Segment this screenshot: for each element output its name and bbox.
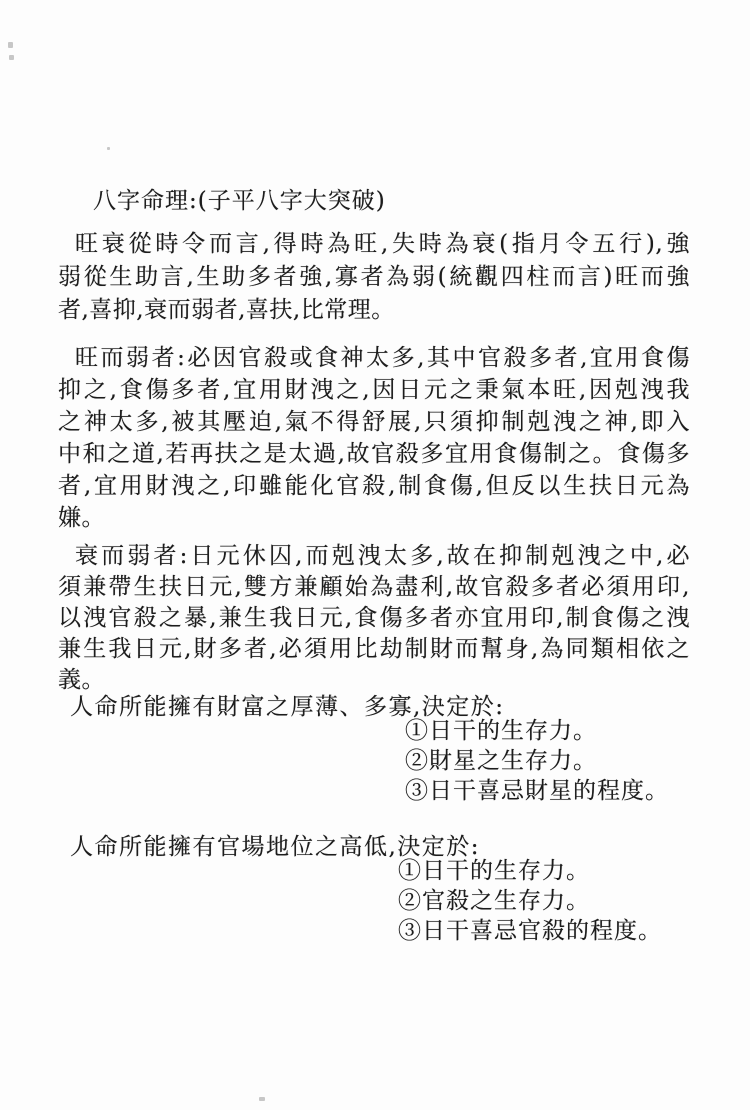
paragraph-shuai-er-ruo: 衰而弱者:日元休囚,而剋洩太多,故在抑制剋洩之中,必 須兼帶生扶日元,雙方兼顧始… [58, 541, 690, 696]
paragraph-line: 以洩官殺之暴,兼生我日元,食傷多者亦宜用印,制食傷之洩 [58, 603, 690, 634]
scan-noise-speck [107, 147, 110, 150]
scanned-document-page: 八字命理:(子平八字大突破) 旺衰從時令而言,得時為旺,失時為衰(指月令五行),… [0, 0, 750, 1110]
paragraph-line: 中和之道,若再扶之是太過,故官殺多宜用食傷制之。食傷多 [58, 438, 690, 470]
paragraph-line: 兼生我日元,財多者,必須用比劫制財而幫身,為同類相依之 [58, 634, 690, 665]
paragraph-line: 嫌。 [58, 502, 690, 534]
list-item: ②財星之生存力。 [405, 746, 669, 776]
paragraph-line: 旺衰從時令而言,得時為旺,失時為衰(指月令五行),強 [58, 228, 690, 261]
paragraph-line: 之神太多,被其壓迫,氣不得舒展,只須抑制剋洩之神,即入 [58, 406, 690, 438]
paragraph-wang-shuai-intro: 旺衰從時令而言,得時為旺,失時為衰(指月令五行),強 弱從生助言,生助多者強,寡… [58, 228, 690, 327]
paragraph-line: 抑之,食傷多者,宜用財洩之,因日元之秉氣本旺,因剋洩我 [58, 374, 690, 406]
paragraph-line: 弱從生助言,生助多者強,寡者為弱(統觀四柱而言)旺而強 [58, 261, 690, 294]
paragraph-wang-er-ruo: 旺而弱者:必因官殺或食神太多,其中官殺多者,宜用食傷 抑之,食傷多者,宜用財洩之… [58, 342, 690, 534]
list-item: ③日干喜忌官殺的程度。 [398, 916, 662, 946]
paragraph-line: 者,喜抑,衰而弱者,喜扶,比常理。 [58, 294, 690, 327]
paragraph-line: 須兼帶生扶日元,雙方兼顧始為盡利,故官殺多者必須用印, [58, 572, 690, 603]
list-item: ③日干喜忌財星的程度。 [405, 776, 669, 806]
list-item: ①日干的生存力。 [405, 716, 669, 746]
officialdom-factors-list: ①日干的生存力。 ②官殺之生存力。 ③日干喜忌官殺的程度。 [398, 856, 662, 946]
list-item: ②官殺之生存力。 [398, 886, 662, 916]
paragraph-line: 旺而弱者:必因官殺或食神太多,其中官殺多者,宜用食傷 [58, 342, 690, 374]
paragraph-line: 者,宜用財洩之,印雖能化官殺,制食傷,但反以生扶日元為 [58, 470, 690, 502]
scan-noise-speck [259, 1097, 265, 1101]
scan-noise-speck [8, 42, 13, 48]
list-item: ①日干的生存力。 [398, 856, 662, 886]
scan-noise-speck [9, 55, 14, 60]
paragraph-line: 衰而弱者:日元休囚,而剋洩太多,故在抑制剋洩之中,必 [58, 541, 690, 572]
page-title: 八字命理:(子平八字大突破) [93, 182, 386, 215]
wealth-factors-list: ①日干的生存力。 ②財星之生存力。 ③日干喜忌財星的程度。 [405, 716, 669, 806]
